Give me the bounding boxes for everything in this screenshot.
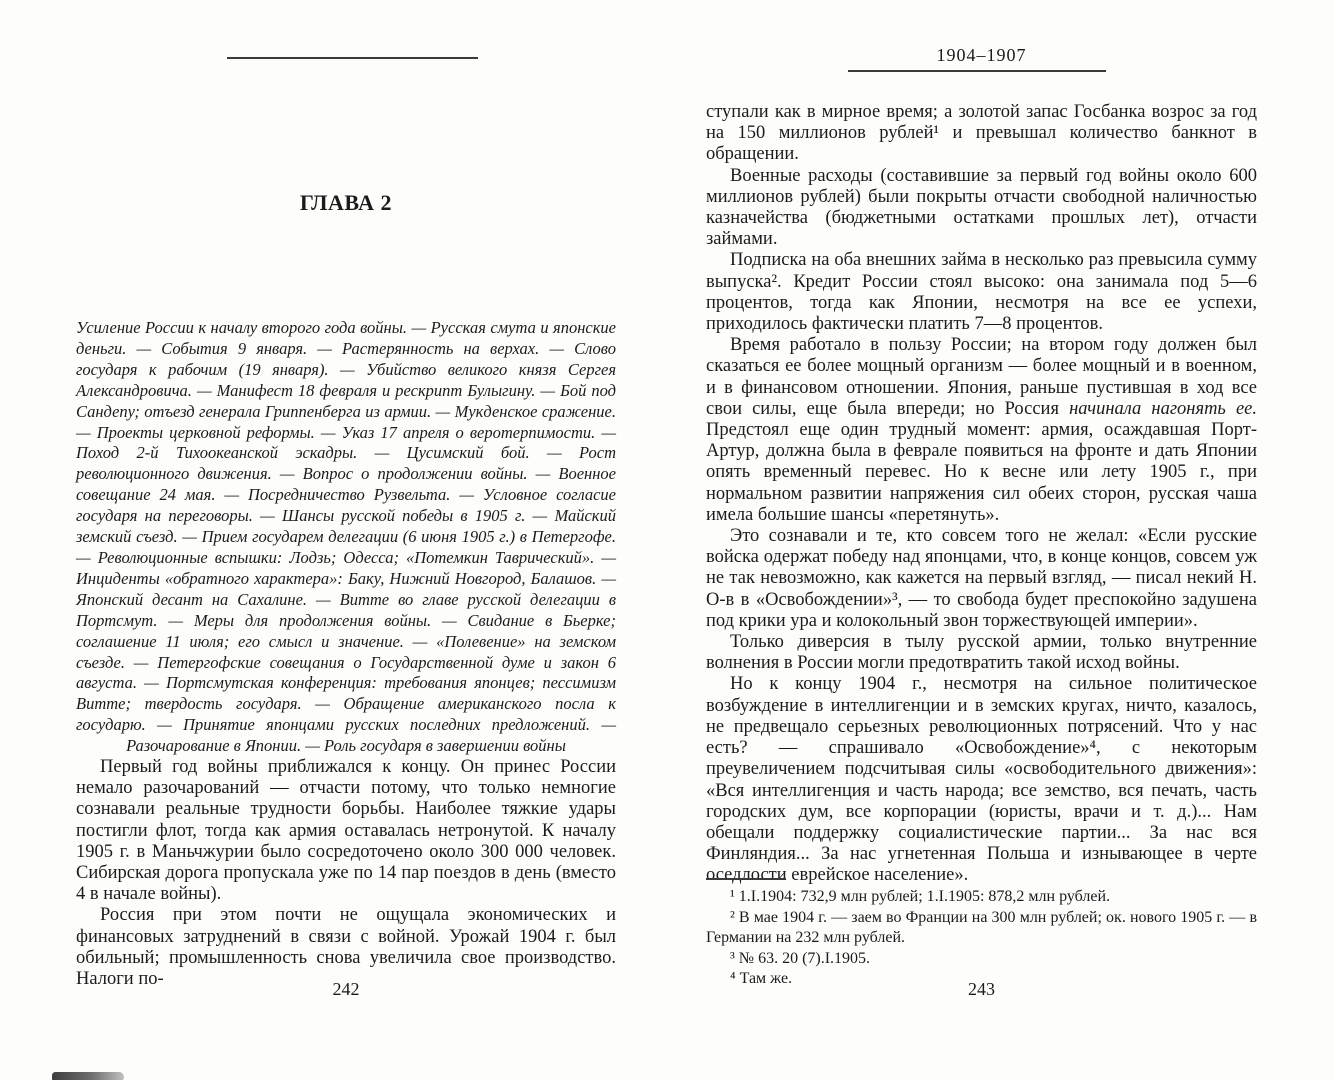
footnote: ¹ 1.I.1904: 732,9 млн рублей; 1.I.1905: … [706,887,1257,908]
italic-phrase: начинала нагонять ее. [1069,399,1257,419]
paragraph: Но к концу 1904 г., несмотря на сильное … [706,674,1257,886]
right-page-number: 243 [706,979,1257,1000]
paragraph: Россия при этом почти не ощущала экономи… [76,905,616,990]
footnote: ² В мае 1904 г. — заем во Франции на 300… [706,908,1257,949]
running-head: 1904–1907 [706,45,1257,66]
right-header-rule [848,70,1106,72]
right-page-body: ступали как в мирное время; а золотой за… [706,102,1257,887]
footnote: ³ № 63. 20 (7).I.1905. [706,949,1257,970]
paragraph: Военные расходы (составившие за первый г… [706,166,1257,251]
paragraph: Время работало в пользу России; на второ… [706,335,1257,526]
chapter-summary: Усиление России к началу второго года во… [76,318,616,757]
paragraph-text: Предстоял еще один трудный момент: армия… [706,420,1257,525]
paragraph: Это сознавали и те, кто совсем того не ж… [706,526,1257,632]
left-page-body: Первый год войны приближался к концу. Он… [76,757,616,990]
paragraph: Первый год войны приближался к концу. Он… [76,757,616,905]
chapter-heading: ГЛАВА 2 [76,190,616,216]
footnotes: ¹ 1.I.1904: 732,9 млн рублей; 1.I.1905: … [706,887,1257,990]
left-header-rule [227,57,478,59]
left-page-number: 242 [76,979,616,1000]
footnote-rule [706,878,786,880]
scan-smudge [52,1072,124,1080]
book-spread: ГЛАВА 2 Усиление России к началу второго… [0,0,1334,1080]
paragraph: ступали как в мирное время; а золотой за… [706,102,1257,166]
paragraph: Только диверсия в тылу русской армии, то… [706,632,1257,674]
paragraph: Подписка на оба внешних займа в нескольк… [706,250,1257,335]
